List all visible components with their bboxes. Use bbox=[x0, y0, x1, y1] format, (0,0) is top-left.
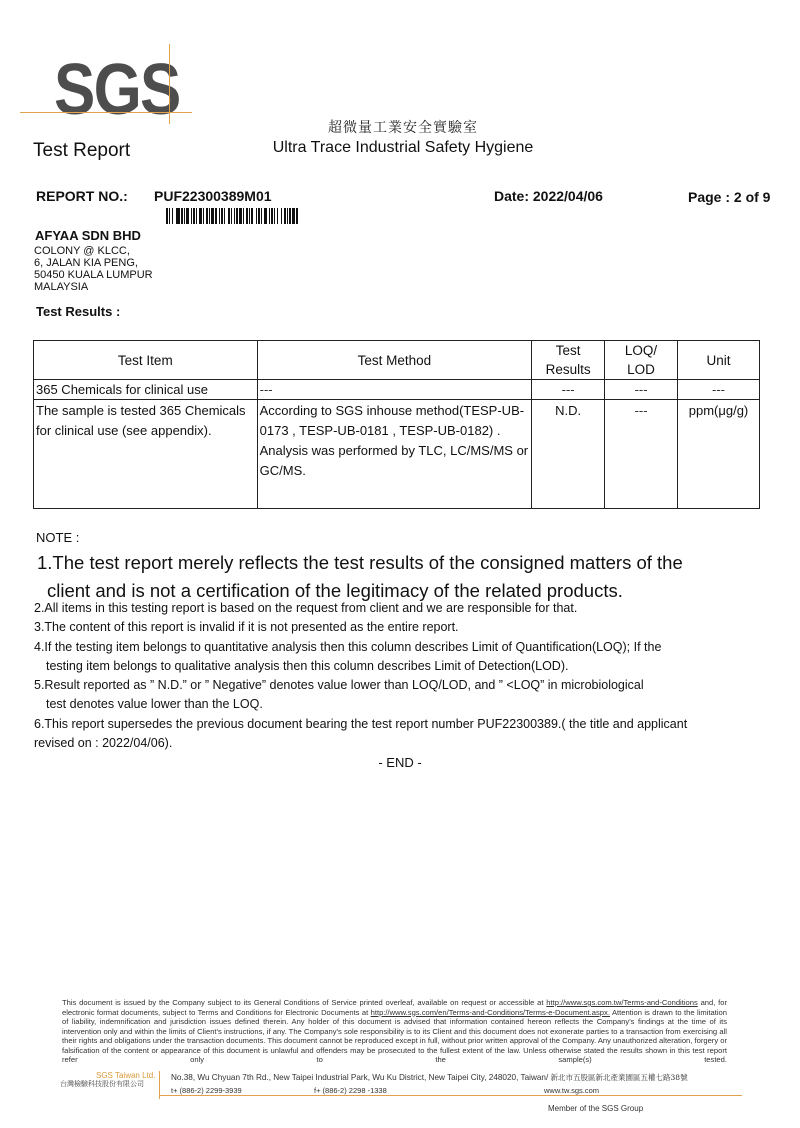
legal-disclaimer: This document is issued by the Company s… bbox=[62, 998, 727, 1065]
column-header-line: Results bbox=[532, 360, 604, 379]
column-header-line: LOD bbox=[605, 360, 677, 379]
note-4-continued: testing item belongs to qualitative anal… bbox=[34, 657, 774, 676]
cell-test-item: 365 Chemicals for clinical use bbox=[34, 380, 258, 400]
cell-test-result: --- bbox=[532, 380, 605, 400]
notes-list: 2.All items in this testing report is ba… bbox=[34, 599, 774, 753]
cell-loq-lod: --- bbox=[605, 400, 678, 509]
note-6: 6.This report supersedes the previous do… bbox=[34, 715, 774, 734]
note-heading: NOTE : bbox=[36, 530, 79, 545]
barcode-icon bbox=[166, 208, 392, 224]
column-header-line: LOQ/ bbox=[605, 341, 677, 360]
column-header-test-method: Test Method bbox=[257, 341, 532, 380]
lab-name-english: Ultra Trace Industrial Safety Hygiene bbox=[0, 139, 800, 157]
footer-fax: f+ (886-2) 2298 -1338 bbox=[314, 1086, 387, 1095]
footer-website[interactable]: www.tw.sgs.com bbox=[544, 1086, 599, 1095]
footer-telephone: t+ (886-2) 2299-3939 bbox=[171, 1086, 242, 1095]
terms-link[interactable]: http://www.sgs.com.tw/Terms-and-Conditio… bbox=[546, 998, 698, 1007]
note-5-continued: test denotes value lower than the LOQ. bbox=[34, 695, 774, 714]
client-address-line: MALAYSIA bbox=[34, 281, 153, 293]
footer-address: No.38, Wu Chyuan 7th Rd., New Taipei Ind… bbox=[171, 1072, 688, 1083]
note-1-line: 1.The test report merely reflects the te… bbox=[37, 552, 683, 573]
footer-rule-horizontal bbox=[160, 1095, 742, 1096]
note-1: 1.The test report merely reflects the te… bbox=[37, 549, 777, 605]
column-header-line: Test bbox=[532, 341, 604, 360]
report-date: Date: 2022/04/06 bbox=[494, 188, 603, 204]
note-4: 4.If the testing item belongs to quantit… bbox=[34, 638, 774, 657]
footer-member-note: Member of the SGS Group bbox=[548, 1104, 643, 1113]
note-6-continued: revised on : 2022/04/06). bbox=[34, 734, 774, 753]
disclaimer-text: This document is issued by the Company s… bbox=[62, 998, 544, 1007]
results-table: Test Item Test Method Test Results LOQ/ … bbox=[33, 340, 760, 509]
cell-test-result: N.D. bbox=[532, 400, 605, 509]
table-row: 365 Chemicals for clinical use --- --- -… bbox=[34, 380, 760, 400]
page-indicator: Page : 2 of 9 bbox=[688, 189, 770, 205]
footer-address-cn: 新北市五股區新北產業園區五權七路38號 bbox=[551, 1073, 688, 1082]
column-header-loq-lod: LOQ/ LOD bbox=[605, 341, 678, 380]
logo-rule-vertical bbox=[169, 44, 170, 124]
table-row: The sample is tested 365 Chemicals for c… bbox=[34, 400, 760, 509]
client-name: AFYAA SDN BHD bbox=[35, 228, 141, 243]
client-address-line: 50450 KUALA LUMPUR bbox=[34, 269, 153, 281]
end-marker: - END - bbox=[0, 755, 800, 770]
column-header-unit: Unit bbox=[678, 341, 760, 380]
table-header-row: Test Item Test Method Test Results LOQ/ … bbox=[34, 341, 760, 380]
cell-unit: ppm(μg/g) bbox=[678, 400, 760, 509]
report-number: PUF22300389M01 bbox=[154, 188, 272, 204]
client-address: COLONY @ KLCC, 6, JALAN KIA PENG, 50450 … bbox=[34, 245, 153, 293]
client-address-line: COLONY @ KLCC, bbox=[34, 245, 153, 257]
cell-test-method: --- bbox=[257, 380, 532, 400]
footer-address-en: No.38, Wu Chyuan 7th Rd., New Taipei Ind… bbox=[171, 1073, 551, 1082]
test-results-heading: Test Results : bbox=[36, 304, 120, 319]
column-header-test-item: Test Item bbox=[34, 341, 258, 380]
cell-loq-lod: --- bbox=[605, 380, 678, 400]
report-number-label: REPORT NO.: bbox=[36, 188, 128, 204]
logo-rule-horizontal bbox=[20, 112, 192, 113]
client-address-line: 6, JALAN KIA PENG, bbox=[34, 257, 153, 269]
note-3: 3.The content of this report is invalid … bbox=[34, 618, 774, 637]
footer-brand-chinese: 台灣檢驗科技股份有限公司 bbox=[60, 1079, 144, 1089]
note-5: 5.Result reported as ” N.D.” or ” Negati… bbox=[34, 676, 774, 695]
electronic-terms-link[interactable]: http://www.sgs.com/en/Terms-and-Conditio… bbox=[371, 1008, 610, 1017]
lab-name-chinese-text: 超微量工業安全實驗室 bbox=[328, 117, 478, 137]
cell-test-item: The sample is tested 365 Chemicals for c… bbox=[34, 400, 258, 509]
note-2: 2.All items in this testing report is ba… bbox=[34, 599, 774, 618]
sgs-logo: SGS bbox=[54, 54, 180, 126]
cell-unit: --- bbox=[678, 380, 760, 400]
column-header-test-results: Test Results bbox=[532, 341, 605, 380]
cell-test-method: According to SGS inhouse method(TESP-UB-… bbox=[257, 400, 532, 509]
lab-name-chinese: 超微量工業安全實驗室 bbox=[0, 117, 800, 137]
